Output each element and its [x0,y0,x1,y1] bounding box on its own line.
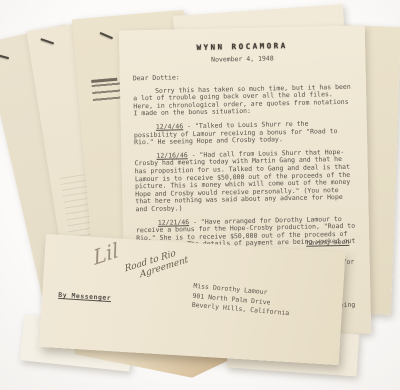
letter-date: November 4, 1948 [119,52,365,65]
photo-of-document-stack: the have files Martin Hope WYNN ROCAMORA… [0,0,400,390]
envelope: Lil Road to Rio Agreement By Messenger M… [39,234,345,365]
intro-paragraph: Sorry this has taken so much time, but i… [133,83,354,118]
partially-covered-line: having seen [306,238,349,247]
staple-icon [0,54,9,60]
typed-address: Miss Dorothy Lamour 901 North Palm Drive… [191,282,291,319]
salutation: Dear Dottie: [133,71,353,83]
delivery-note: By Messenger [58,291,111,302]
log-entry: 12/4/46 - "Talked to Louis Shurr re the … [134,120,354,147]
staple-icon [40,38,54,44]
pencil-handwriting-name: Lil [92,238,120,270]
staple-icon [100,32,114,39]
pencil-handwriting-note: Road to Rio Agreement [124,245,189,284]
tiny-letterhead-text [91,77,123,104]
log-entry: 12/16/46 - "Had call from Louis Shurr th… [134,148,355,213]
letterhead: WYNN ROCAMORA [119,39,365,53]
